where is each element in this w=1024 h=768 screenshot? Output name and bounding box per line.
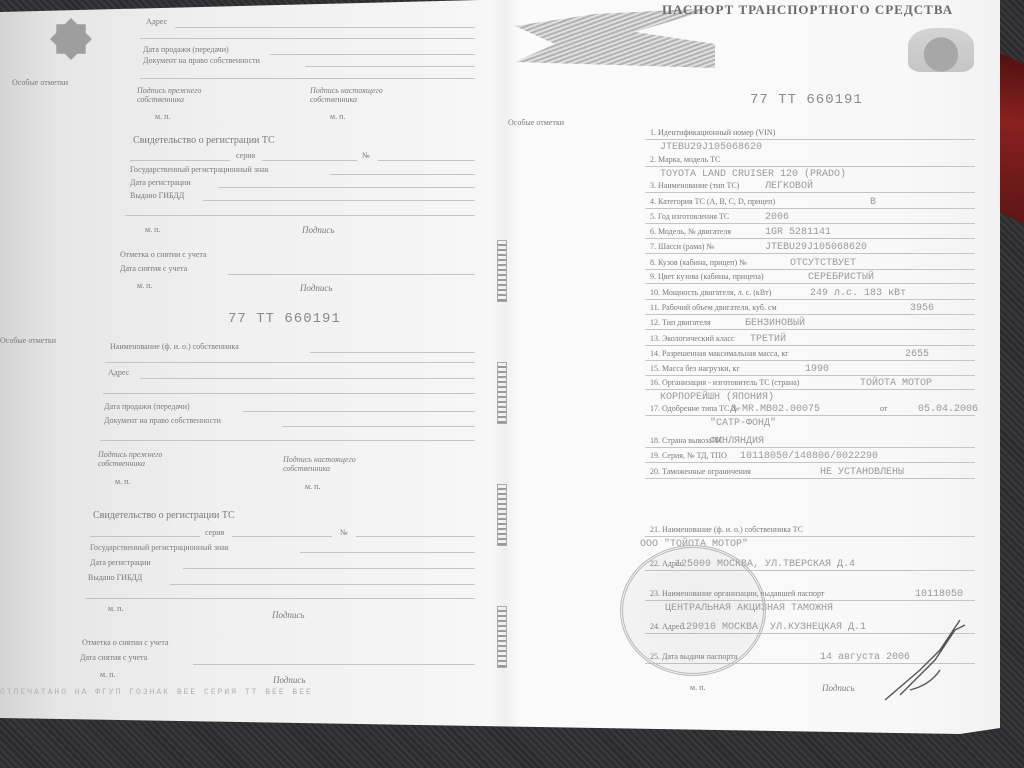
field-value: JTEBU29J105068620 bbox=[660, 142, 762, 153]
field-label: 19. Серия, № ТД, ТПО bbox=[650, 451, 727, 460]
field-label: 16. Организация - изготовитель ТС (стран… bbox=[650, 378, 799, 387]
field-line bbox=[645, 447, 975, 448]
stamp-label: м. п. bbox=[330, 112, 345, 121]
curr-owner-signature-label: Подпись настоящего собственника bbox=[283, 455, 393, 473]
field-line bbox=[130, 160, 230, 161]
field-line bbox=[103, 393, 475, 394]
field-label: 7. Шасси (рама) № bbox=[650, 242, 714, 251]
ownership-doc-label: Документ на право собственности bbox=[143, 56, 260, 65]
field-value: 2006 bbox=[765, 212, 789, 223]
curr-owner-signature-label: Подпись настоящего собственника bbox=[310, 86, 420, 104]
serial-number: 77 ТТ 660191 bbox=[750, 92, 863, 108]
field-date: 05.04.2006 bbox=[918, 404, 978, 415]
stamp-label: м. п. bbox=[155, 112, 170, 121]
field-line bbox=[270, 54, 475, 55]
field-line bbox=[140, 378, 475, 379]
stamp-label: м. п. bbox=[137, 281, 152, 290]
field-value: НЕ УСТАНОВЛЕНЫ bbox=[820, 467, 904, 478]
field-line bbox=[645, 223, 975, 224]
field-label: 9. Цвет кузова (кабины, прицепа) bbox=[650, 272, 764, 281]
signature-label: Подпись bbox=[302, 225, 335, 235]
field-value: ТОЙОТА МОТОР bbox=[860, 378, 932, 389]
address-label: Адрес bbox=[146, 17, 167, 26]
issued-by-label: Выдано ГИБДД bbox=[88, 573, 142, 582]
field-line bbox=[645, 536, 975, 537]
field-line bbox=[645, 166, 975, 167]
special-marks-label-2: Особые отметки bbox=[0, 336, 56, 345]
dereg-mark-label: Отметка о снятии с учета bbox=[120, 250, 207, 259]
stamp-label: м. п. bbox=[115, 477, 130, 486]
field-label: 6. Модель, № двигателя bbox=[650, 227, 731, 236]
special-marks-label: Особые отметки bbox=[12, 78, 68, 87]
field-line bbox=[90, 536, 200, 537]
field-value: Д-MR.MB02.00075 bbox=[730, 404, 820, 415]
field-label: 3. Наименование (тип ТС) bbox=[650, 181, 739, 190]
field-line bbox=[645, 329, 975, 330]
watermark-emblem bbox=[50, 18, 92, 60]
field-line bbox=[645, 253, 975, 254]
field-value: 249 л.с. 183 кВт bbox=[810, 288, 906, 299]
field-label: 21. Наименование (ф. и. о.) собственника… bbox=[650, 525, 803, 534]
field-value: B bbox=[870, 197, 876, 208]
field-value: 10118050 bbox=[915, 589, 963, 600]
owner-name-label: Наименование (ф. и. о.) собственника bbox=[110, 342, 239, 351]
number-label: № bbox=[362, 151, 370, 160]
stamp-label: м. п. bbox=[145, 225, 160, 234]
field-line bbox=[218, 187, 475, 188]
field-line bbox=[645, 478, 975, 479]
field-value: 2655 bbox=[905, 349, 929, 360]
field-line bbox=[105, 362, 475, 363]
field-label: 4. Категория ТС (A, B, C, D, прицеп) bbox=[650, 197, 775, 206]
field-line bbox=[330, 174, 475, 175]
dereg-date-label: Дата снятия с учета bbox=[80, 653, 147, 662]
field-value: 1990 bbox=[805, 364, 829, 375]
field-line bbox=[378, 160, 475, 161]
field-line bbox=[243, 411, 475, 412]
field-label: 1. Идентификационный номер (VIN) bbox=[650, 128, 775, 137]
stamp-label: м. п. bbox=[108, 604, 123, 613]
field-label: 8. Кузов (кабина, прицеп) № bbox=[650, 258, 747, 267]
field-value: 1GR 5281141 bbox=[765, 227, 831, 238]
signature-label: Подпись bbox=[273, 675, 306, 685]
car-emblem-icon bbox=[908, 28, 974, 72]
dereg-mark-label: Отметка о снятии с учета bbox=[82, 638, 169, 647]
field-line bbox=[645, 299, 975, 300]
official-stamp bbox=[620, 545, 766, 676]
field-line bbox=[140, 78, 475, 79]
field-value: ТРЕТИЙ bbox=[750, 334, 786, 345]
field-label: 12. Тип двигателя bbox=[650, 318, 711, 327]
sale-date-label: Дата продажи (передачи) bbox=[143, 45, 229, 54]
field-line bbox=[645, 415, 975, 416]
reg-date-label: Дата регистрации bbox=[130, 178, 191, 187]
field-extra: "САТР-ФОНД" bbox=[710, 418, 776, 429]
field-label: 20. Таможенные ограничения bbox=[650, 467, 751, 476]
signature-label: Подпись bbox=[272, 610, 305, 620]
field-line bbox=[193, 664, 475, 665]
field-label: 11. Рабочий объем двигателя, куб. см bbox=[650, 303, 777, 312]
dereg-date-label: Дата снятия с учета bbox=[120, 264, 187, 273]
field-line bbox=[140, 38, 475, 39]
field-line bbox=[300, 552, 475, 553]
field-label: 5. Год изготовления ТС bbox=[650, 212, 729, 221]
field-line bbox=[175, 27, 475, 28]
field-line bbox=[645, 360, 975, 361]
field-line bbox=[85, 598, 475, 599]
reg-cert-label: Свидетельство о регистрации ТС bbox=[133, 135, 275, 146]
field-value: ФИНЛЯНДИЯ bbox=[710, 436, 764, 447]
field-value: TOYOTA LAND CRUISER 120 (PRADO) bbox=[660, 169, 846, 180]
field-line bbox=[645, 375, 975, 376]
field-line bbox=[203, 200, 475, 201]
field-line bbox=[282, 426, 475, 427]
field-value: БЕНЗИНОВЫЙ bbox=[745, 318, 805, 329]
state-plate-label: Государственный регистрационный знак bbox=[130, 165, 269, 174]
field-line bbox=[356, 536, 475, 537]
address-label: Адрес bbox=[108, 368, 129, 377]
document-title: ПАСПОРТ ТРАНСПОРТНОГО СРЕДСТВА bbox=[662, 2, 953, 18]
stamp-label: м. п. bbox=[305, 482, 320, 491]
field-line bbox=[645, 208, 975, 209]
field-label: 14. Разрешенная максимальная масса, кг bbox=[650, 349, 789, 358]
field-value: КОРПОРЕЙШН (ЯПОНИЯ) bbox=[660, 392, 774, 403]
field-line bbox=[305, 66, 475, 67]
signature-label: Подпись bbox=[300, 283, 333, 293]
field-line bbox=[645, 139, 975, 140]
field-value: 3956 bbox=[910, 303, 934, 314]
vehicle-passport: Особые отметки Особые отметки Адрес Дата… bbox=[0, 0, 1000, 742]
field-line bbox=[645, 462, 975, 463]
field-line bbox=[645, 269, 975, 270]
number-label: № bbox=[340, 528, 348, 537]
ownership-doc-label: Документ на право собственности bbox=[104, 416, 221, 425]
field-value: 10118050/140806/0022290 bbox=[740, 451, 878, 462]
field-label: 17. Одобрение типа ТС № bbox=[650, 404, 739, 413]
field-line bbox=[262, 160, 357, 161]
field-line bbox=[232, 536, 332, 537]
field-value: ОТСУТСТВУЕТ bbox=[790, 258, 856, 269]
field-line bbox=[645, 283, 975, 284]
bottom-print-strip: ОТПЕЧАТАНО НА ФГУП ГОЗНАК ВЕЕ СЕРИЯ ТТ В… bbox=[0, 688, 1000, 700]
field-line bbox=[100, 440, 475, 441]
prev-owner-signature-label: Подпись прежнего собственника bbox=[98, 450, 198, 468]
field-value: JTEBU29J105068620 bbox=[765, 242, 867, 253]
field-line bbox=[645, 389, 975, 390]
sale-date-label: Дата продажи (передачи) bbox=[104, 402, 190, 411]
field-line bbox=[645, 314, 975, 315]
reg-cert-label: Свидетельство о регистрации ТС bbox=[93, 510, 235, 521]
field-line bbox=[310, 352, 475, 353]
serial-number: 77 ТТ 660191 bbox=[228, 311, 341, 327]
series-label: серия bbox=[205, 528, 224, 537]
field-line bbox=[170, 584, 475, 585]
issued-by-label: Выдано ГИБДД bbox=[130, 191, 184, 200]
stamp-label: м. п. bbox=[100, 670, 115, 679]
field-label: 2. Марка, модель ТС bbox=[650, 155, 720, 164]
field-value: ЛЕГКОВОЙ bbox=[765, 181, 813, 192]
field-line bbox=[228, 274, 475, 275]
field-label: 10. Мощность двигателя, л. с. (кВт) bbox=[650, 288, 771, 297]
field-label: 13. Экологический класс bbox=[650, 334, 735, 343]
prev-owner-signature-label: Подпись прежнего собственника bbox=[137, 86, 237, 104]
state-plate-label: Государственный регистрационный знак bbox=[90, 543, 229, 552]
field-line bbox=[645, 238, 975, 239]
field-line bbox=[183, 568, 475, 569]
spine-security-marks bbox=[497, 240, 511, 728]
field-line bbox=[125, 215, 475, 216]
field-label: 15. Масса без нагрузки, кг bbox=[650, 364, 740, 373]
date-label: от bbox=[880, 404, 887, 413]
field-line bbox=[645, 345, 975, 346]
reg-date-label: Дата регистрации bbox=[90, 558, 151, 567]
field-value: СЕРЕБРИСТЫЙ bbox=[808, 272, 874, 283]
series-label: серия bbox=[236, 151, 255, 160]
special-marks-label: Особые отметки bbox=[508, 118, 564, 127]
field-line bbox=[645, 192, 975, 193]
